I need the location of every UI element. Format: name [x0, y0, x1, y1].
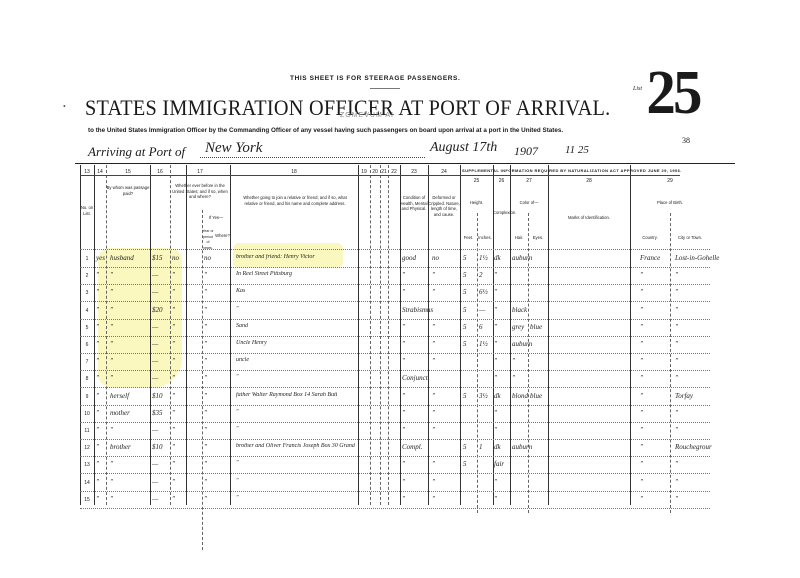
cell-money: — — [152, 271, 158, 279]
col-number: 13 — [80, 169, 94, 175]
cell-health: " — [402, 288, 405, 296]
cell-country: " — [640, 374, 643, 382]
cell-money: $10 — [152, 392, 163, 400]
cell-money: — — [152, 357, 158, 365]
col-number: 29 — [630, 178, 710, 184]
cell-country: " — [640, 323, 643, 331]
col-line — [477, 213, 478, 513]
cell-where: " — [204, 271, 207, 279]
cell-health: " — [402, 271, 405, 279]
bullet-mark: • — [63, 102, 66, 111]
cell-complexion: " — [494, 409, 497, 417]
cell-complexion: " — [494, 478, 497, 486]
cell-money: — — [152, 426, 158, 434]
col-number: 24 — [428, 169, 460, 175]
header-city: City or Town. — [670, 235, 710, 241]
cell-paid: " — [110, 426, 113, 434]
cell-complexion: " — [494, 323, 497, 331]
cell-before: " — [172, 271, 175, 279]
row-number: 1 — [80, 256, 94, 262]
cell-relative: Kas — [236, 288, 245, 294]
cell-inches: 3½ — [479, 392, 488, 400]
cell-where: no — [204, 254, 211, 262]
arrival-date: August 17th — [430, 140, 497, 156]
cell-before: " — [172, 392, 175, 400]
cell-hair: grey — [512, 323, 524, 331]
cell-relative: " — [236, 306, 239, 312]
col-number: 17 — [170, 169, 230, 175]
cell-feet: 5 — [463, 271, 467, 279]
cell-money: $15 — [152, 254, 163, 262]
cell-before: " — [172, 495, 175, 503]
cell-deformed: " — [432, 478, 435, 486]
cell-city: " — [675, 478, 678, 486]
row-number: 13 — [80, 462, 94, 468]
cell-feet: 5 — [463, 323, 467, 331]
col-number: 19 — [358, 169, 370, 175]
row-rule — [80, 284, 710, 285]
header-feet: Feet. — [460, 235, 477, 241]
header-rule — [75, 163, 735, 164]
cell-ticket: " — [96, 495, 99, 503]
cell-deformed: " — [432, 460, 435, 468]
cell-hair: auburn — [512, 254, 532, 262]
row-rule — [80, 387, 710, 388]
cell-deformed: " — [432, 340, 435, 348]
cell-hair: " — [512, 357, 515, 365]
header-if-yes: If Yes— — [202, 215, 230, 221]
cell-complexion: " — [494, 271, 497, 279]
col-number: 20 — [370, 169, 380, 175]
col-number: 25 — [460, 178, 493, 184]
cell-feet: 5 — [463, 443, 467, 451]
cell-paid: " — [110, 306, 113, 314]
cell-where: " — [204, 392, 207, 400]
cell-paid: husband — [110, 254, 134, 262]
cell-relative: uncle — [236, 357, 249, 363]
header-deformed: Deformed or Crippled. Nature, length of … — [428, 195, 460, 217]
header-height: Height. — [460, 200, 493, 206]
row-rule — [80, 336, 710, 337]
row-number: 6 — [80, 342, 94, 348]
cell-country: " — [640, 288, 643, 296]
cell-inches: — — [479, 306, 485, 314]
header-ever-before: Whether ever before in the United States… — [172, 183, 228, 200]
cell-feet: 5 — [463, 460, 467, 468]
header-hair: Hair. — [510, 235, 528, 241]
cell-before: " — [172, 374, 175, 382]
row-rule — [80, 405, 710, 406]
cell-country: " — [640, 340, 643, 348]
col-number: 18 — [230, 169, 358, 175]
cell-where: " — [204, 374, 207, 382]
cell-city: " — [675, 323, 678, 331]
arrival-year: 1907 — [514, 144, 538, 159]
cell-feet: 5 — [463, 340, 467, 348]
cell-money: — — [152, 323, 158, 331]
cell-city: " — [675, 426, 678, 434]
manifest-table: 13 14 15 16 17 18 19 20 21 22 23 24 25 2… — [80, 165, 730, 505]
cell-country: " — [640, 409, 643, 417]
cell-money: — — [152, 460, 158, 468]
cell-before: " — [172, 478, 175, 486]
cell-paid: " — [110, 340, 113, 348]
cell-city: Lost-in-Gohelle — [675, 254, 719, 262]
row-rule — [80, 301, 710, 302]
port-underline — [200, 157, 425, 158]
col-number: 27 — [510, 178, 548, 184]
cell-paid: " — [110, 288, 113, 296]
cell-health: " — [402, 357, 405, 365]
row-number: 15 — [80, 497, 94, 503]
header-country: Country. — [630, 235, 670, 241]
cell-relative: " — [236, 374, 239, 380]
cell-deformed: " — [432, 495, 435, 503]
row-rule — [80, 422, 710, 423]
cell-ticket: " — [96, 478, 99, 486]
cell-relative: Sand — [236, 323, 248, 329]
cell-before: " — [172, 409, 175, 417]
header-inches: Inches. — [477, 235, 493, 241]
cell-money: — — [152, 340, 158, 348]
cell-health: " — [402, 426, 405, 434]
cell-relative: " — [236, 460, 239, 466]
cell-deformed: " — [432, 426, 435, 434]
cell-paid: " — [110, 323, 113, 331]
cell-complexion: " — [494, 426, 497, 434]
cell-ticket: " — [96, 426, 99, 434]
col-number: 26 — [493, 178, 510, 184]
cell-deformed: " — [432, 409, 435, 417]
cell-health: " — [402, 495, 405, 503]
cell-money: — — [152, 288, 158, 296]
row-number: 14 — [80, 480, 94, 486]
row-number: 2 — [80, 273, 94, 279]
row-rule — [80, 473, 710, 474]
cell-feet: 5 — [463, 392, 467, 400]
cell-city: " — [675, 495, 678, 503]
cell-money: $20 — [152, 306, 163, 314]
divider — [370, 88, 400, 89]
cell-where: " — [204, 323, 207, 331]
cell-where: " — [204, 443, 207, 451]
col-number: 14 — [94, 169, 106, 175]
stamp-mark: ZOMEVUM AI — [340, 112, 394, 119]
header-bottom-rule — [80, 249, 710, 250]
cell-hair: black — [512, 306, 527, 314]
cell-where: " — [204, 306, 207, 314]
cell-ticket: " — [96, 306, 99, 314]
cell-complexion: " — [494, 495, 497, 503]
cell-deformed: " — [432, 271, 435, 279]
col-line — [202, 210, 203, 550]
cell-country: " — [640, 426, 643, 434]
col-number: 15 — [106, 169, 150, 175]
header-place-of-birth: Place of Birth. — [630, 200, 710, 206]
cell-feet: 5 — [463, 288, 467, 296]
col-number: 22 — [388, 169, 400, 175]
cell-deformed: " — [432, 323, 435, 331]
cell-inches: 1 — [479, 443, 483, 451]
cell-paid: " — [110, 271, 113, 279]
cell-where: " — [204, 460, 207, 468]
list-label: List — [633, 86, 642, 92]
cell-paid: " — [110, 374, 113, 382]
cell-country: " — [640, 271, 643, 279]
cell-paid: mother — [110, 409, 130, 417]
cell-where: " — [204, 409, 207, 417]
cell-relative: brother and Oliver Francis Joseph Box 30… — [236, 443, 356, 449]
cell-money: $10 — [152, 443, 163, 451]
cell-ticket: " — [96, 340, 99, 348]
row-number: 9 — [80, 394, 94, 400]
cell-relative: brother and friend: Henry Victor — [236, 254, 315, 260]
cell-country: France — [640, 254, 660, 262]
cell-relative: " — [236, 409, 239, 415]
cell-city: " — [675, 357, 678, 365]
cell-where: " — [204, 426, 207, 434]
row-rule — [80, 267, 710, 268]
cell-ticket: " — [96, 357, 99, 365]
cell-complexion: fair — [494, 460, 504, 468]
cell-ticket: " — [96, 409, 99, 417]
cell-country: " — [640, 443, 643, 451]
cell-before: " — [172, 288, 175, 296]
col-number: 21 — [380, 169, 388, 175]
header-eyes: Eyes. — [528, 235, 548, 241]
cell-city: " — [675, 460, 678, 468]
col-line — [670, 213, 671, 513]
cell-ticket: " — [96, 392, 99, 400]
header-joining-relative: Whether going to join a relative or frie… — [240, 195, 350, 206]
cell-before: " — [172, 323, 175, 331]
cell-relative: father Walter Raymond Box 14 Sarah Butt — [236, 392, 337, 398]
cell-where: " — [204, 288, 207, 296]
row-number: 3 — [80, 290, 94, 296]
cell-country: " — [640, 392, 643, 400]
row-rule — [80, 456, 710, 457]
cell-relative: Uncle Henry — [236, 340, 267, 346]
cell-inches: 1½ — [479, 340, 488, 348]
row-number: 11 — [80, 428, 94, 434]
cell-city: " — [675, 288, 678, 296]
arriving-label: Arriving at Port of — [88, 144, 185, 160]
row-rule — [80, 508, 710, 509]
cell-complexion: " — [494, 340, 497, 348]
row-number: 4 — [80, 308, 94, 314]
cell-where: " — [204, 340, 207, 348]
cell-ticket: yes — [96, 254, 105, 262]
cell-health: " — [402, 478, 405, 486]
row-number: 8 — [80, 376, 94, 382]
cell-health: Conjunct. — [402, 374, 429, 382]
cell-hair: blond — [512, 392, 528, 400]
cell-city: " — [675, 340, 678, 348]
header-marks: Marks of Identification. — [548, 215, 630, 221]
header-complexion: Complexion. — [493, 210, 510, 216]
cell-health: " — [402, 392, 405, 400]
cell-inches: 1½ — [479, 254, 488, 262]
cell-paid: " — [110, 460, 113, 468]
cell-city: " — [675, 374, 678, 382]
header-row-rule — [80, 175, 680, 176]
cell-paid: " — [110, 478, 113, 486]
cell-city: " — [675, 306, 678, 314]
cell-ticket: " — [96, 460, 99, 468]
cell-before: " — [172, 443, 175, 451]
row-number: 5 — [80, 325, 94, 331]
cell-country: " — [640, 357, 643, 365]
cell-city: Rouchegrour — [675, 443, 712, 451]
cell-money: $35 — [152, 409, 163, 417]
row-number: 10 — [80, 411, 94, 417]
cell-health: good — [402, 254, 416, 262]
cell-health: " — [402, 323, 405, 331]
cell-inches: 6 — [479, 323, 483, 331]
cell-complexion: " — [494, 374, 497, 382]
cell-before: " — [172, 306, 175, 314]
cell-money: — — [152, 495, 158, 503]
row-rule — [80, 319, 710, 320]
cell-hair: auburn — [512, 340, 532, 348]
cell-before: " — [172, 460, 175, 468]
cell-relative: " — [236, 495, 239, 501]
cell-inches: 6½ — [479, 288, 488, 296]
cell-ticket: " — [96, 288, 99, 296]
supplemental-note: SUPPLEMENTAL INFORMATION REQUIRED BY NAT… — [462, 168, 682, 173]
cell-hair: auburn — [512, 443, 532, 451]
col-number: 16 — [150, 169, 170, 175]
cell-before: " — [172, 340, 175, 348]
cell-ticket: " — [96, 323, 99, 331]
cell-country: " — [640, 478, 643, 486]
cell-health: " — [402, 409, 405, 417]
cell-before: " — [172, 357, 175, 365]
row-rule — [80, 439, 710, 440]
cell-paid: " — [110, 357, 113, 365]
cell-deformed: " — [432, 288, 435, 296]
cell-health: " — [402, 460, 405, 468]
cell-where: " — [204, 478, 207, 486]
page-number: 38 — [682, 136, 690, 145]
cell-complexion: dk — [494, 392, 501, 400]
cell-deformed: no — [432, 254, 439, 262]
header-health: Condition of Health, Mental and Physical… — [400, 195, 428, 212]
steerage-note: THIS SHEET IS FOR STEERAGE PASSENGERS. — [290, 75, 460, 82]
header-years: Year or period of years. — [202, 229, 214, 251]
cell-city: " — [675, 409, 678, 417]
row-rule — [80, 370, 710, 371]
cell-money: — — [152, 478, 158, 486]
cell-where: " — [204, 357, 207, 365]
list-number: 25 — [646, 62, 699, 124]
cell-complexion: dk — [494, 254, 501, 262]
cell-health: Compl. — [402, 443, 422, 451]
cell-country: " — [640, 460, 643, 468]
cell-deformed: " — [432, 357, 435, 365]
col-number: 28 — [548, 178, 630, 184]
row-rule — [80, 491, 710, 492]
cell-paid: brother — [110, 443, 131, 451]
header-where: Where? — [215, 233, 230, 239]
cell-feet: 5 — [463, 254, 467, 262]
cell-before: " — [172, 426, 175, 434]
header-no-on-list: No. on List. — [80, 205, 94, 216]
cell-paid: herself — [110, 392, 129, 400]
cell-hair: " — [512, 374, 515, 382]
cell-deformed: " — [432, 392, 435, 400]
cell-relative: " — [236, 478, 239, 484]
cell-feet: 5 — [463, 306, 467, 314]
cell-country: " — [640, 495, 643, 503]
cell-complexion: " — [494, 288, 497, 296]
row-number: 7 — [80, 359, 94, 365]
cell-ticket: " — [96, 271, 99, 279]
cell-ticket: " — [96, 374, 99, 382]
header-color-of: Color of— — [510, 200, 548, 206]
cell-health: " — [402, 340, 405, 348]
cell-money: — — [152, 374, 158, 382]
row-number: 12 — [80, 445, 94, 451]
document-subtitle: to the United States Immigration Officer… — [88, 127, 563, 134]
row-rule — [80, 353, 710, 354]
header-passage-paid: By whom was passage paid? — [106, 185, 150, 196]
cell-health: Strabismus — [402, 306, 433, 314]
port-value: New York — [205, 140, 262, 157]
cell-where: " — [204, 495, 207, 503]
cell-eyes: blue — [530, 392, 542, 400]
cell-city: " — [675, 271, 678, 279]
col-number: 23 — [400, 169, 428, 175]
arrival-time: 11 25 — [565, 144, 589, 156]
cell-relative: In Reel Street Pittsburg — [236, 271, 292, 277]
cell-complexion: dk — [494, 443, 501, 451]
cell-inches: 2 — [479, 271, 483, 279]
cell-before: no — [172, 254, 179, 262]
cell-complexion: " — [494, 357, 497, 365]
cell-ticket: " — [96, 443, 99, 451]
cell-country: " — [640, 306, 643, 314]
cell-complexion: " — [494, 306, 497, 314]
cell-paid: " — [110, 495, 113, 503]
cell-eyes: blue — [530, 323, 542, 331]
cell-city: Torfay — [675, 392, 693, 400]
cell-relative: " — [236, 426, 239, 432]
